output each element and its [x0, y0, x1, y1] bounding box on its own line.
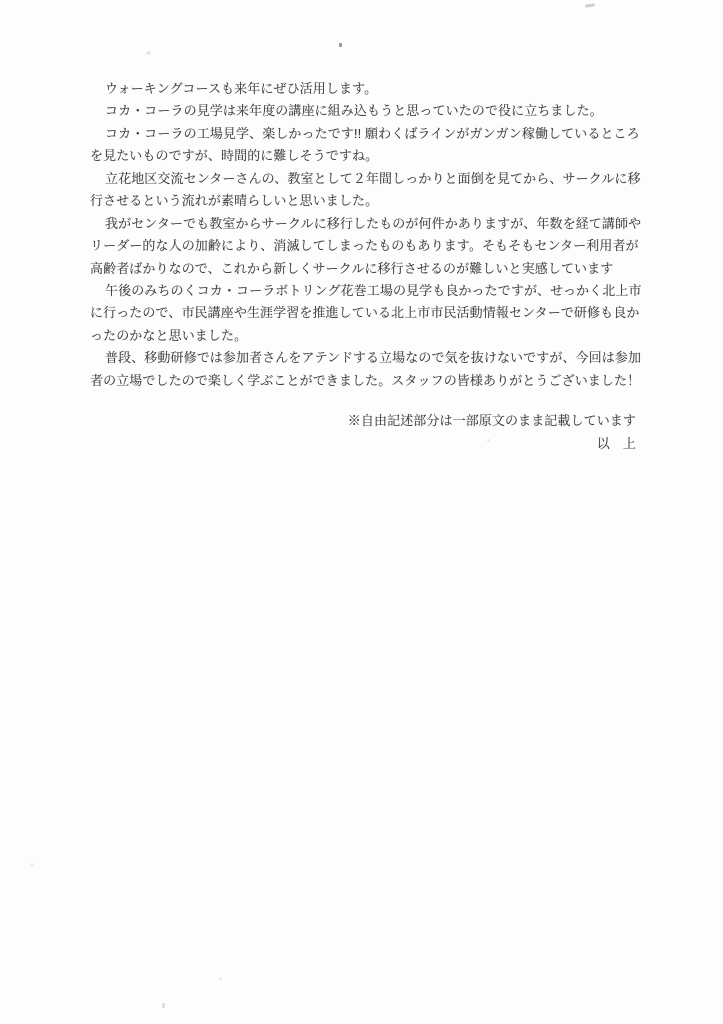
text-line: ウォーキングコースも来年にぜひ活用します。 [90, 78, 638, 100]
scan-speck [219, 977, 222, 980]
text-line: リーダー的な人の加齢により、消滅してしまったものもあります。そもそもセンター利用… [90, 235, 638, 257]
text-line: 高齢者ばかりなので、これから新しくサークルに移行させるのが難しいと実感しています [90, 258, 638, 280]
text-line: コカ・コーラの工場見学、楽しかったです!! 願わくばラインがガンガン稼働している… [90, 123, 638, 145]
footnote-line: ※自由記述部分は一部原文のまま記載しています [90, 410, 638, 432]
text-line: 立花地区交流センターさんの、教室として２年間しっかりと面倒を見てから、サークルに… [90, 168, 638, 190]
text-line: 午後のみちのくコカ・コーラボトリング花巻工場の見学も良かったですが、せっかく北上… [90, 280, 638, 302]
scan-speck [162, 1003, 165, 1008]
scan-speck [30, 863, 34, 867]
text-line: に行ったので、市民講座や生涯学習を推進している北上市市民活動情報センターで研修も… [90, 302, 638, 324]
text-line: 行させるという流れが素晴らしいと思いました。 [90, 190, 638, 212]
document-text-block: ウォーキングコースも来年にぜひ活用します。 コカ・コーラの見学は来年度の講座に組… [90, 78, 638, 455]
scan-speck [339, 43, 342, 47]
text-line: 者の立場でしたので楽しく学ぶことができました。スタッフの皆様ありがとうございまし… [90, 370, 638, 392]
text-line: コカ・コーラの見学は来年度の講座に組み込もうと思っていたので役に立ちました。 [90, 100, 638, 122]
paragraph-gap [90, 392, 638, 410]
text-line: 普段、移動研修では参加者さんをアテンドする立場なので気を抜けないですが、今回は参… [90, 347, 638, 369]
scan-speck [146, 51, 151, 55]
scan-speck [585, 3, 595, 7]
text-line: を見たいものですが、時間的に難しそうですね。 [90, 145, 638, 167]
closing-line: 以 上 [90, 433, 638, 455]
text-line: 我がセンターでも教室からサークルに移行したものが何件かありますが、年数を経て講師… [90, 213, 638, 235]
text-line: ったのかなと思いました。 [90, 325, 638, 347]
scanned-document-page: ウォーキングコースも来年にぜひ活用します。 コカ・コーラの見学は来年度の講座に組… [0, 0, 723, 1024]
